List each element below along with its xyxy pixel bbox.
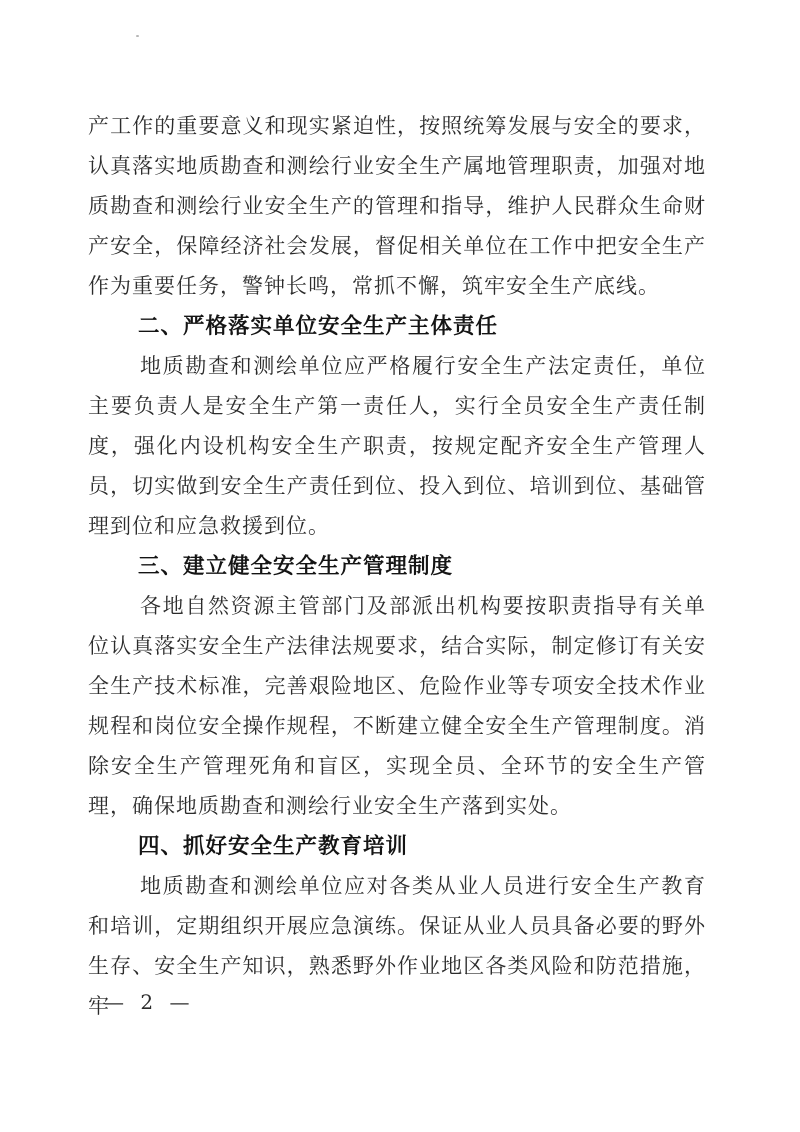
section-heading-2: 二、严格落实单位安全生产主体责任 — [88, 306, 706, 346]
scan-artifact-dot — [136, 35, 139, 37]
section-paragraph-3: 各地自然资源主管部门及部派出机构要按职责指导有关单位认真落实安全生产法律法规要求… — [88, 586, 706, 826]
document-body: 产工作的重要意义和现实紧迫性，按照统筹发展与安全的要求，认真落实地质勘查和测绘行… — [88, 106, 706, 1026]
page-number: — 2 — — [104, 990, 194, 1014]
paragraph-continuation: 产工作的重要意义和现实紧迫性，按照统筹发展与安全的要求，认真落实地质勘查和测绘行… — [88, 106, 706, 306]
section-heading-4: 四、抓好安全生产教育培训 — [88, 826, 706, 866]
section-paragraph-2: 地质勘查和测绘单位应严格履行安全生产法定责任，单位主要负责人是安全生产第一责任人… — [88, 346, 706, 546]
document-page: 产工作的重要意义和现实紧迫性，按照统筹发展与安全的要求，认真落实地质勘查和测绘行… — [0, 0, 800, 1132]
section-heading-3: 三、建立健全安全生产管理制度 — [88, 546, 706, 586]
